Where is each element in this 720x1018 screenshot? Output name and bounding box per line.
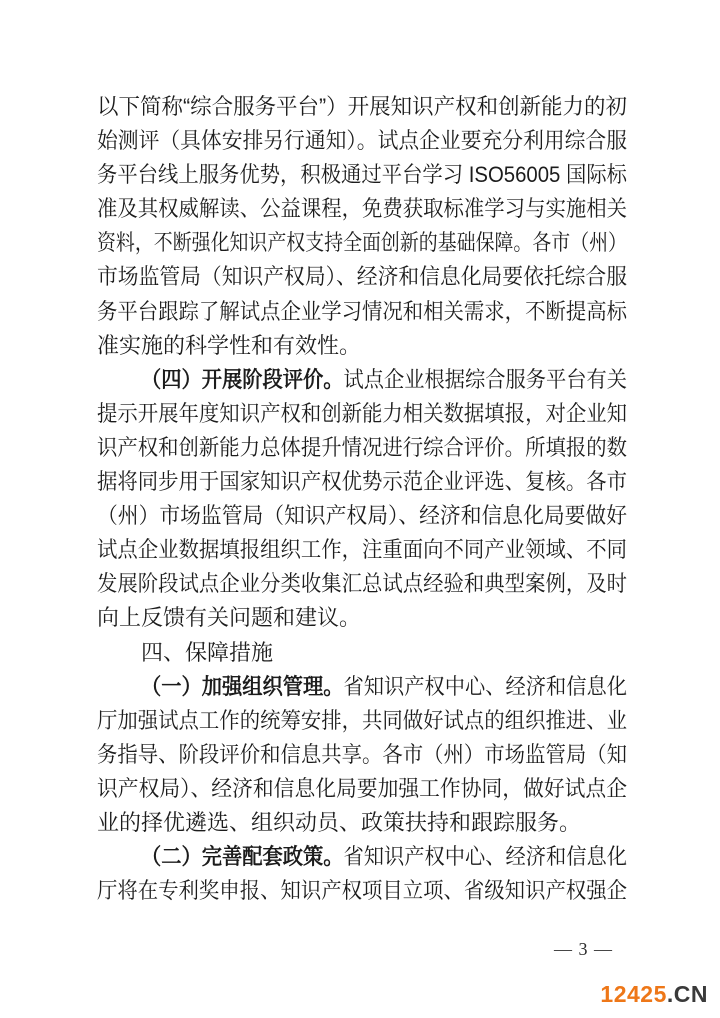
text-run: 识产权局）、经济和信息化局要加强工作协同，做好试点企 — [97, 776, 627, 801]
text-run: 向上反馈有关问题和建议。 — [97, 605, 361, 630]
text-run: 发展阶段试点企业分类收集汇总试点经验和典型案例，及时 — [97, 571, 627, 596]
text-run: 提示开展年度知识产权和创新能力相关数据填报，对企业知 — [97, 401, 627, 426]
text-line: （一）加强组织管理。省知识产权中心、经济和信息化 — [97, 670, 627, 704]
text-run: 资料，不断强化知识产权支持全面创新的基础保障。各市（州） — [97, 230, 627, 255]
text-run: 试点企业数据填报组织工作，注重面向不同产业领域、不同 — [97, 537, 627, 562]
watermark-tld: .CN — [667, 981, 708, 1007]
text-body: 以下简称“综合服务平台”）开展知识产权和创新能力的初始测评（具体安排另行通知）。… — [97, 90, 627, 908]
text-line: 务平台线上服务优势，积极通过平台学习 ISO56005 国际标 — [97, 158, 627, 192]
text-line: 业的择优遴选、组织动员、政策扶持和跟踪服务。 — [97, 806, 627, 840]
text-run: 业的择优遴选、组织动员、政策扶持和跟踪服务。 — [97, 810, 581, 835]
text-line: 识产权和创新能力总体提升情况进行综合评价。所填报的数 — [97, 431, 627, 465]
text-run: 准及其权威解读、公益课程，免费获取标准学习与实施相关 — [97, 196, 627, 221]
text-line: 准及其权威解读、公益课程，免费获取标准学习与实施相关 — [97, 192, 627, 226]
text-line: 据将同步用于国家知识产权优势示范企业评选、复核。各市 — [97, 465, 627, 499]
document-page: 以下简称“综合服务平台”）开展知识产权和创新能力的初始测评（具体安排另行通知）。… — [0, 0, 720, 1018]
text-line: 准实施的科学性和有效性。 — [97, 329, 627, 363]
text-run: 识产权和创新能力总体提升情况进行综合评价。所填报的数 — [97, 435, 627, 460]
text-line: 向上反馈有关问题和建议。 — [97, 601, 627, 635]
text-run: 省知识产权中心、经济和信息化 — [344, 844, 627, 869]
text-run: 厅加强试点工作的统筹安排，共同做好试点的组织推进、业 — [97, 708, 627, 733]
text-run: 省知识产权中心、经济和信息化 — [344, 674, 627, 699]
text-run: 以下简称“综合服务平台”）开展知识产权和创新能力的初 — [97, 94, 627, 119]
heading-run: （一）加强组织管理。 — [141, 674, 344, 699]
text-run: 始测评（具体安排另行通知）。试点企业要充分利用综合服 — [97, 128, 627, 153]
text-run: 市场监管局（知识产权局）、经济和信息化局要依托综合服 — [97, 264, 627, 289]
text-run: 务指导、阶段评价和信息共享。各市（州）市场监管局（知 — [97, 742, 627, 767]
text-line: 始测评（具体安排另行通知）。试点企业要充分利用综合服 — [97, 124, 627, 158]
text-run: 试点企业根据综合服务平台有关 — [344, 367, 627, 392]
text-line: 资料，不断强化知识产权支持全面创新的基础保障。各市（州） — [97, 226, 627, 260]
text-line: 四、保障措施 — [97, 636, 627, 670]
text-line: 发展阶段试点企业分类收集汇总试点经验和典型案例，及时 — [97, 567, 627, 601]
heading-run: （二）完善配套政策。 — [141, 844, 344, 869]
text-line: 务指导、阶段评价和信息共享。各市（州）市场监管局（知 — [97, 738, 627, 772]
text-line: 市场监管局（知识产权局）、经济和信息化局要依托综合服 — [97, 260, 627, 294]
page-number: — 3 — — [554, 939, 613, 960]
watermark-number: 12425 — [600, 981, 666, 1007]
text-run: 厅将在专利奖申报、知识产权项目立项、省级知识产权强企 — [97, 878, 627, 903]
text-run: 务平台线上服务优势，积极通过平台学习 ISO56005 国际标 — [97, 162, 627, 187]
text-line: 提示开展年度知识产权和创新能力相关数据填报，对企业知 — [97, 397, 627, 431]
watermark-logo: 12425.CN — [600, 981, 708, 1008]
text-run: 据将同步用于国家知识产权优势示范企业评选、复核。各市 — [97, 469, 627, 494]
text-line: 务平台跟踪了解试点企业学习情况和相关需求，不断提高标 — [97, 295, 627, 329]
text-line: （二）完善配套政策。省知识产权中心、经济和信息化 — [97, 840, 627, 874]
text-line: 试点企业数据填报组织工作，注重面向不同产业领域、不同 — [97, 533, 627, 567]
text-line: 以下简称“综合服务平台”）开展知识产权和创新能力的初 — [97, 90, 627, 124]
text-line: 厅加强试点工作的统筹安排，共同做好试点的组织推进、业 — [97, 704, 627, 738]
text-run: 准实施的科学性和有效性。 — [97, 333, 361, 358]
text-run: 务平台跟踪了解试点企业学习情况和相关需求，不断提高标 — [97, 299, 627, 324]
text-line: （州）市场监管局（知识产权局）、经济和信息化局要做好 — [97, 499, 627, 533]
text-run: （州）市场监管局（知识产权局）、经济和信息化局要做好 — [97, 503, 627, 528]
text-line: 厅将在专利奖申报、知识产权项目立项、省级知识产权强企 — [97, 874, 627, 908]
text-line: （四）开展阶段评价。试点企业根据综合服务平台有关 — [97, 363, 627, 397]
text-line: 识产权局）、经济和信息化局要加强工作协同，做好试点企 — [97, 772, 627, 806]
text-run: 四、保障措施 — [141, 640, 273, 665]
heading-run: （四）开展阶段评价。 — [141, 367, 344, 392]
